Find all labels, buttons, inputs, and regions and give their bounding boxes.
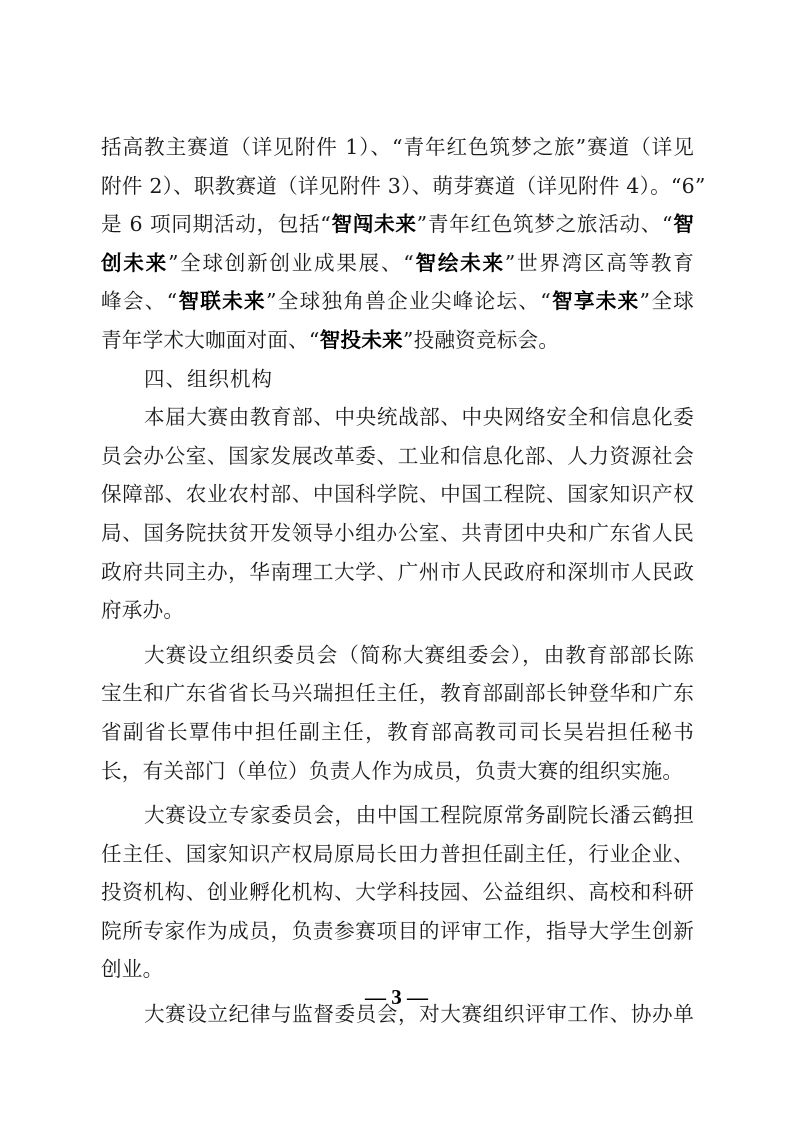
page-number: — 3 — [0, 985, 793, 1010]
text-line: 政府共同主办，华南理工大学、广州市人民政府和深圳市人民政 [101, 553, 694, 592]
text-line: 附件 2）、职教赛道（详见附件 3）、萌芽赛道（详见附件 4）。“6” [101, 167, 694, 206]
text-line: 院所专家作为成员，负责参赛项目的评审工作，指导大学生创新 [101, 912, 694, 951]
text-run: 峰会、“ [101, 289, 177, 313]
text-run: ”世界湾区高等教育 [505, 251, 694, 275]
text-run: ”投融资竞标会。 [403, 328, 559, 352]
text-line: 青年学术大咖面对面、“智投未来”投融资竞标会。 [101, 321, 694, 360]
text-line: 创未来”全球创新创业成果展、“智绘未来”世界湾区高等教育 [101, 244, 694, 283]
text-line: 省副省长覃伟中担任副主任，教育部高教司司长吴岩担任秘书 [101, 713, 694, 752]
text-line: 府承办。 [101, 591, 694, 630]
paragraph: 大赛设立专家委员会，由中国工程院原常务副院长潘云鹤担任主任、国家知识产权局原局长… [101, 796, 694, 989]
emphasis-text: 智闯未来 [331, 212, 417, 236]
text-line: 大赛设立组织委员会（简称大赛组委会），由教育部部长陈 [101, 636, 694, 675]
emphasis-text: 创未来 [101, 251, 168, 275]
emphasis-text: 智绘未来 [414, 251, 505, 275]
text-run: ”全球 [640, 289, 694, 313]
text-run: ”全球创新创业成果展、“ [168, 251, 414, 275]
document-page: 括高教主赛道（详见附件 1）、“青年红色筑梦之旅”赛道（详见附件 2）、职教赛道… [101, 128, 694, 1034]
text-line: 保障部、农业农村部、中国科学院、中国工程院、国家知识产权 [101, 475, 694, 514]
text-line: 峰会、“智联未来”全球独角兽企业尖峰论坛、“智享未来”全球 [101, 282, 694, 321]
text-run: 附件 2）、职教赛道（详见附件 3）、萌芽赛道（详见附件 4）。“6” [101, 174, 706, 198]
text-run: 括高教主赛道（详见附件 1）、“青年红色筑梦之旅”赛道（详见 [101, 135, 694, 159]
emphasis-text: 智 [673, 212, 694, 236]
paragraph: 大赛设立组织委员会（简称大赛组委会），由教育部部长陈宝生和广东省省长马兴瑞担任主… [101, 636, 694, 790]
body-paragraphs: 本届大赛由教育部、中央统战部、中央网络安全和信息化委员会办公室、国家发展改革委、… [101, 398, 694, 1034]
text-line: 括高教主赛道（详见附件 1）、“青年红色筑梦之旅”赛道（详见 [101, 128, 694, 167]
emphasis-text: 智享未来 [551, 289, 640, 313]
emphasis-text: 智联未来 [177, 289, 266, 313]
section-heading: 四、组织机构 [101, 360, 694, 399]
text-line: 创业。 [101, 950, 694, 989]
text-run: 是 6 项同期活动，包括“ [101, 212, 331, 236]
text-run: 青年学术大咖面对面、“ [101, 328, 320, 352]
text-line: 宝生和广东省省长马兴瑞担任主任，教育部副部长钟登华和广东 [101, 674, 694, 713]
text-line: 是 6 项同期活动，包括“智闯未来”青年红色筑梦之旅活动、“智 [101, 205, 694, 244]
text-run: ”全球独角兽企业尖峰论坛、“ [266, 289, 551, 313]
text-line: 本届大赛由教育部、中央统战部、中央网络安全和信息化委 [101, 398, 694, 437]
text-line: 投资机构、创业孵化机构、大学科技园、公益组织、高校和科研 [101, 873, 694, 912]
paragraph: 本届大赛由教育部、中央统战部、中央网络安全和信息化委员会办公室、国家发展改革委、… [101, 398, 694, 630]
text-line: 长，有关部门（单位）负责人作为成员，负责大赛的组织实施。 [101, 752, 694, 791]
text-line: 局、国务院扶贫开发领导小组办公室、共青团中央和广东省人民 [101, 514, 694, 553]
intro-paragraph: 括高教主赛道（详见附件 1）、“青年红色筑梦之旅”赛道（详见附件 2）、职教赛道… [101, 128, 694, 360]
text-line: 员会办公室、国家发展改革委、工业和信息化部、人力资源社会 [101, 437, 694, 476]
text-line: 大赛设立专家委员会，由中国工程院原常务副院长潘云鹤担 [101, 796, 694, 835]
text-line: 任主任、国家知识产权局原局长田力普担任副主任，行业企业、 [101, 835, 694, 874]
text-run: ”青年红色筑梦之旅活动、“ [417, 212, 673, 236]
emphasis-text: 智投未来 [320, 328, 403, 352]
